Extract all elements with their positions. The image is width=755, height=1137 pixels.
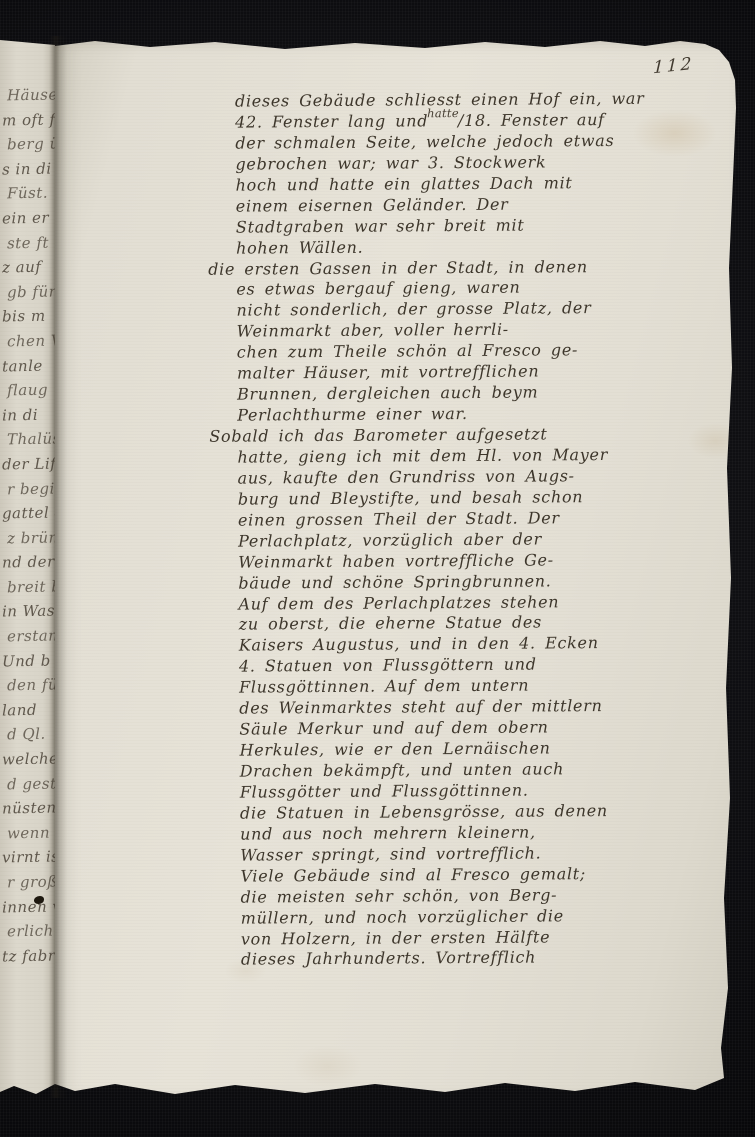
text-fragment: innen v: [0, 894, 55, 920]
text-fragment: ste ft: [0, 230, 55, 256]
text-fragment: erlich: [0, 919, 55, 945]
text-fragment: r begin: [0, 476, 55, 502]
text-fragment: tz fabrid: [0, 943, 55, 969]
line-text: 42. Fenster lang und: [235, 111, 428, 131]
text-fragment: Und b: [0, 648, 55, 674]
page-number: 112: [653, 54, 695, 79]
text-fragment: ein er: [0, 205, 55, 231]
manuscript-line: dieses Jahrhunderts. Vortrefflich: [241, 947, 723, 971]
text-fragment: erstand: [0, 624, 55, 650]
text-fragment: virnt ist: [0, 845, 55, 871]
text-fragment: in di: [0, 402, 55, 428]
text-fragment: breit b: [0, 574, 55, 600]
text-fragment: Thalüst: [0, 427, 55, 453]
previous-page-text-fragments: Häusem oft fberg üs in diFüst.ein erste …: [0, 83, 55, 968]
text-fragment: nd der: [0, 550, 55, 576]
text-fragment: bis m: [0, 304, 55, 330]
text-fragment: r großt: [0, 870, 55, 896]
text-fragment: chen V: [0, 328, 55, 354]
text-fragment: Häuse: [0, 83, 55, 109]
text-fragment: gattel d: [0, 501, 55, 527]
text-fragment: m oft f: [0, 107, 55, 133]
text-fragment: Füst.: [0, 181, 55, 207]
manuscript-page: 112 dieses Gebäude schliesst einen Hof e…: [55, 38, 736, 1098]
text-fragment: s in di: [0, 156, 55, 182]
previous-page-edge: Häusem oft fberg üs in diFüst.ein erste …: [0, 36, 55, 1096]
text-fragment: welchen: [0, 747, 55, 773]
text-fragment: wenn: [0, 820, 55, 846]
text-fragment: nüsten: [0, 796, 55, 822]
text-fragment: den fü: [0, 673, 55, 699]
line-text: /18. Fenster auf: [458, 110, 605, 130]
text-fragment: z bründ: [0, 525, 55, 551]
interlinear-insertion: hatte: [427, 106, 459, 120]
text-fragment: gb für: [0, 279, 55, 305]
text-fragment: z auf: [0, 255, 55, 281]
text-fragment: berg ü: [0, 132, 55, 158]
text-fragment: der Lif: [0, 451, 55, 477]
text-fragment: tanle: [0, 353, 55, 379]
text-fragment: land: [0, 697, 55, 723]
text-fragment: d Ql.: [0, 722, 55, 748]
manuscript-text-block: dieses Gebäude schliesst einen Hof ein, …: [207, 88, 723, 971]
text-fragment: flaug: [0, 378, 55, 404]
book-scan-background: Häusem oft fberg üs in diFüst.ein erste …: [0, 0, 755, 1137]
text-fragment: in Wass: [0, 599, 55, 625]
text-fragment: d gestalt: [0, 771, 55, 797]
